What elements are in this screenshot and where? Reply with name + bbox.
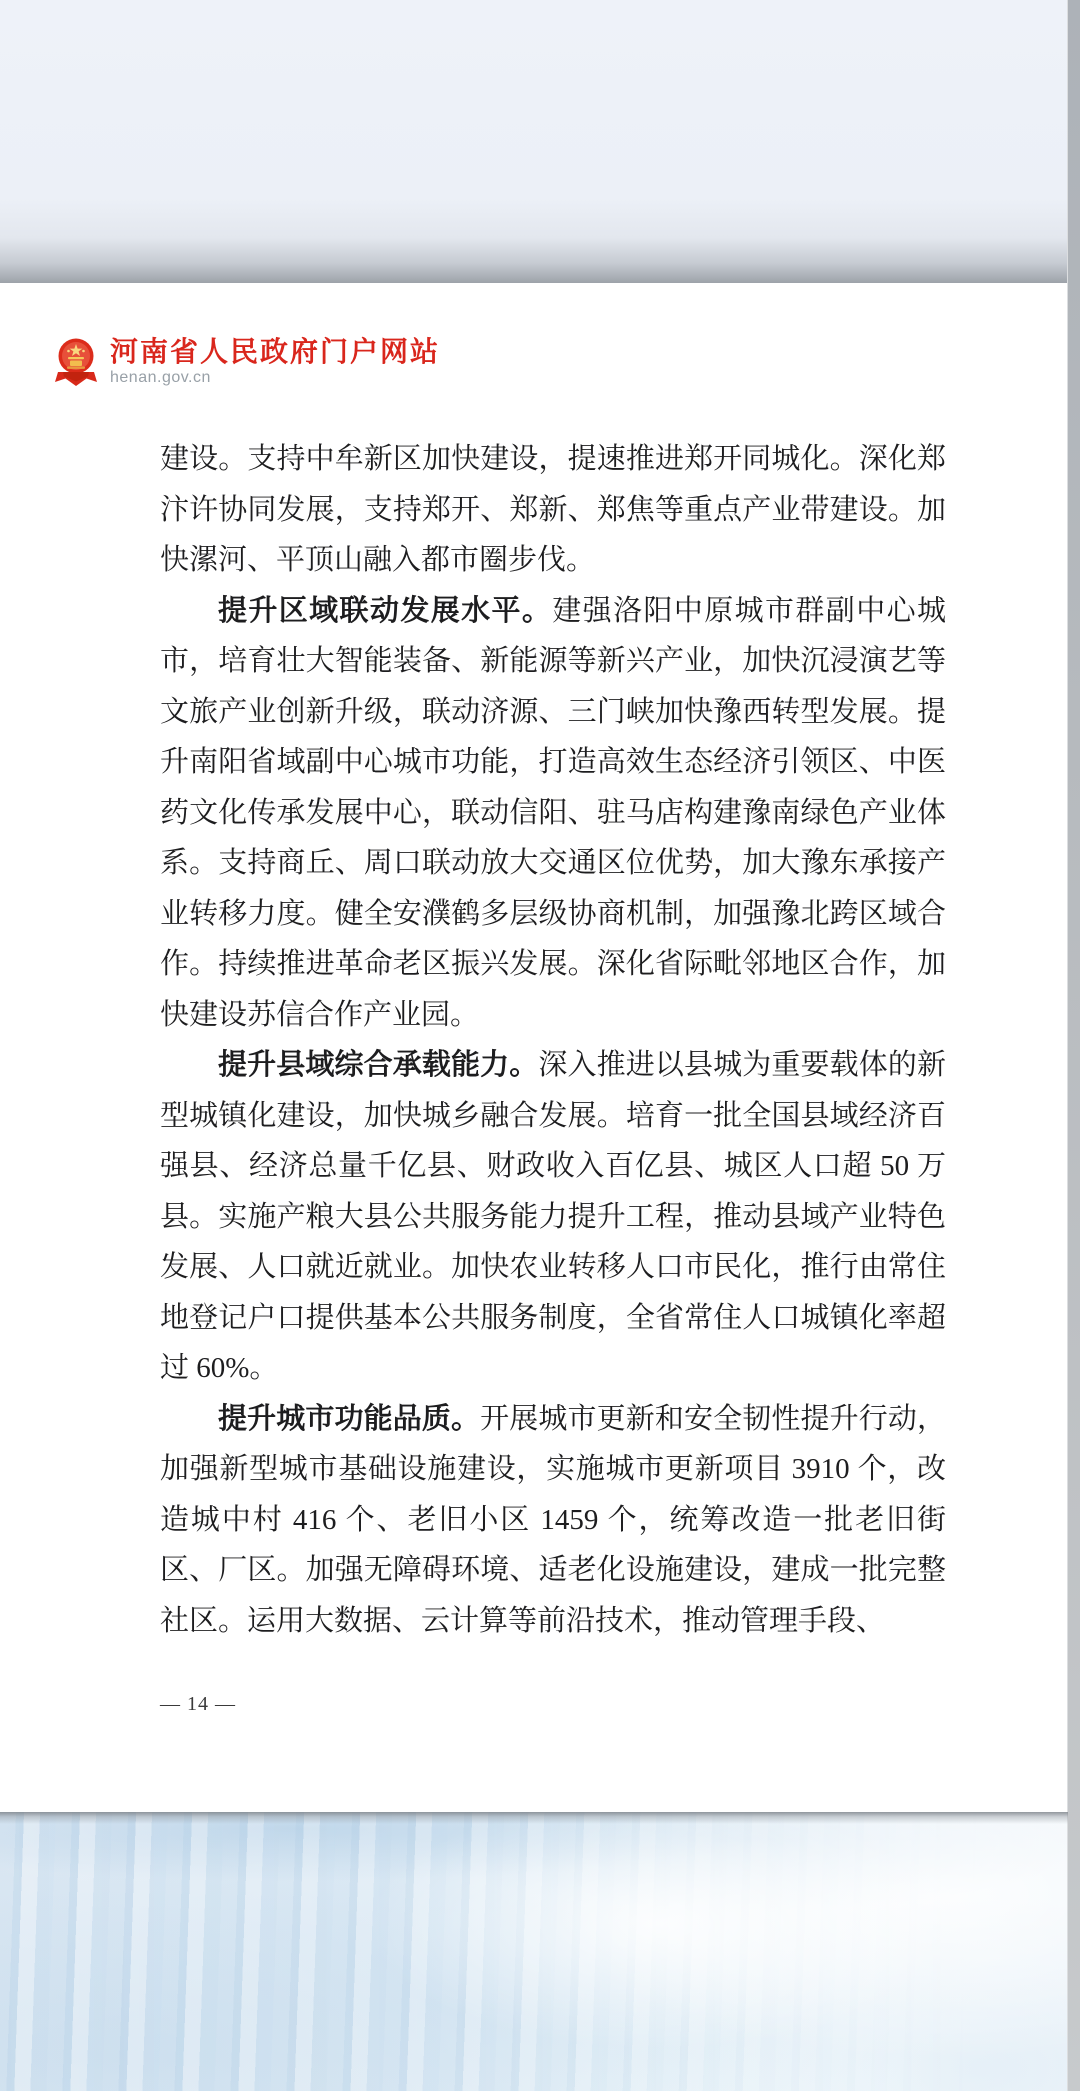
scrollbar[interactable] (1067, 0, 1080, 2091)
page-bottom-shadow (0, 1812, 1068, 1824)
paragraph-lead: 提升区域联动发展水平。 (218, 595, 552, 627)
paragraph-lead: 提升城市功能品质。 (218, 1403, 480, 1435)
site-title: 河南省人民政府门户网站 (110, 337, 440, 367)
paragraph: 提升县域综合承载能力。深入推进以县城为重要载体的新型城镇化建设，加快城乡融合发展… (160, 1040, 946, 1394)
document-viewer: 河南省人民政府门户网站 henan.gov.cn 建设。支持中牟新区加快建设，提… (0, 0, 1080, 2091)
page-number: — 14 — (160, 1693, 236, 1716)
previous-page-gap (0, 0, 1068, 283)
document-text: 建设。支持中牟新区加快建设，提速推进郑开同城化。深化郑汴许协同发展，支持郑开、郑… (160, 434, 946, 1646)
national-emblem-icon (55, 337, 97, 387)
site-domain: henan.gov.cn (110, 369, 440, 387)
site-header-text: 河南省人民政府门户网站 henan.gov.cn (110, 337, 440, 387)
site-header: 河南省人民政府门户网站 henan.gov.cn (55, 337, 440, 387)
watercolor-highlight (0, 1812, 1068, 2091)
paragraph: 建设。支持中牟新区加快建设，提速推进郑开同城化。深化郑汴许协同发展，支持郑开、郑… (160, 434, 946, 586)
next-page-watercolor-background (0, 1812, 1068, 2091)
paragraph: 提升区域联动发展水平。建强洛阳中原城市群副中心城市，培育壮大智能装备、新能源等新… (160, 586, 946, 1041)
document-page: 河南省人民政府门户网站 henan.gov.cn 建设。支持中牟新区加快建设，提… (0, 283, 1068, 1812)
paragraph-lead: 提升县域综合承载能力。 (218, 1049, 538, 1081)
paragraph: 提升城市功能品质。开展城市更新和安全韧性提升行动，加强新型城市基础设施建设，实施… (160, 1394, 946, 1647)
